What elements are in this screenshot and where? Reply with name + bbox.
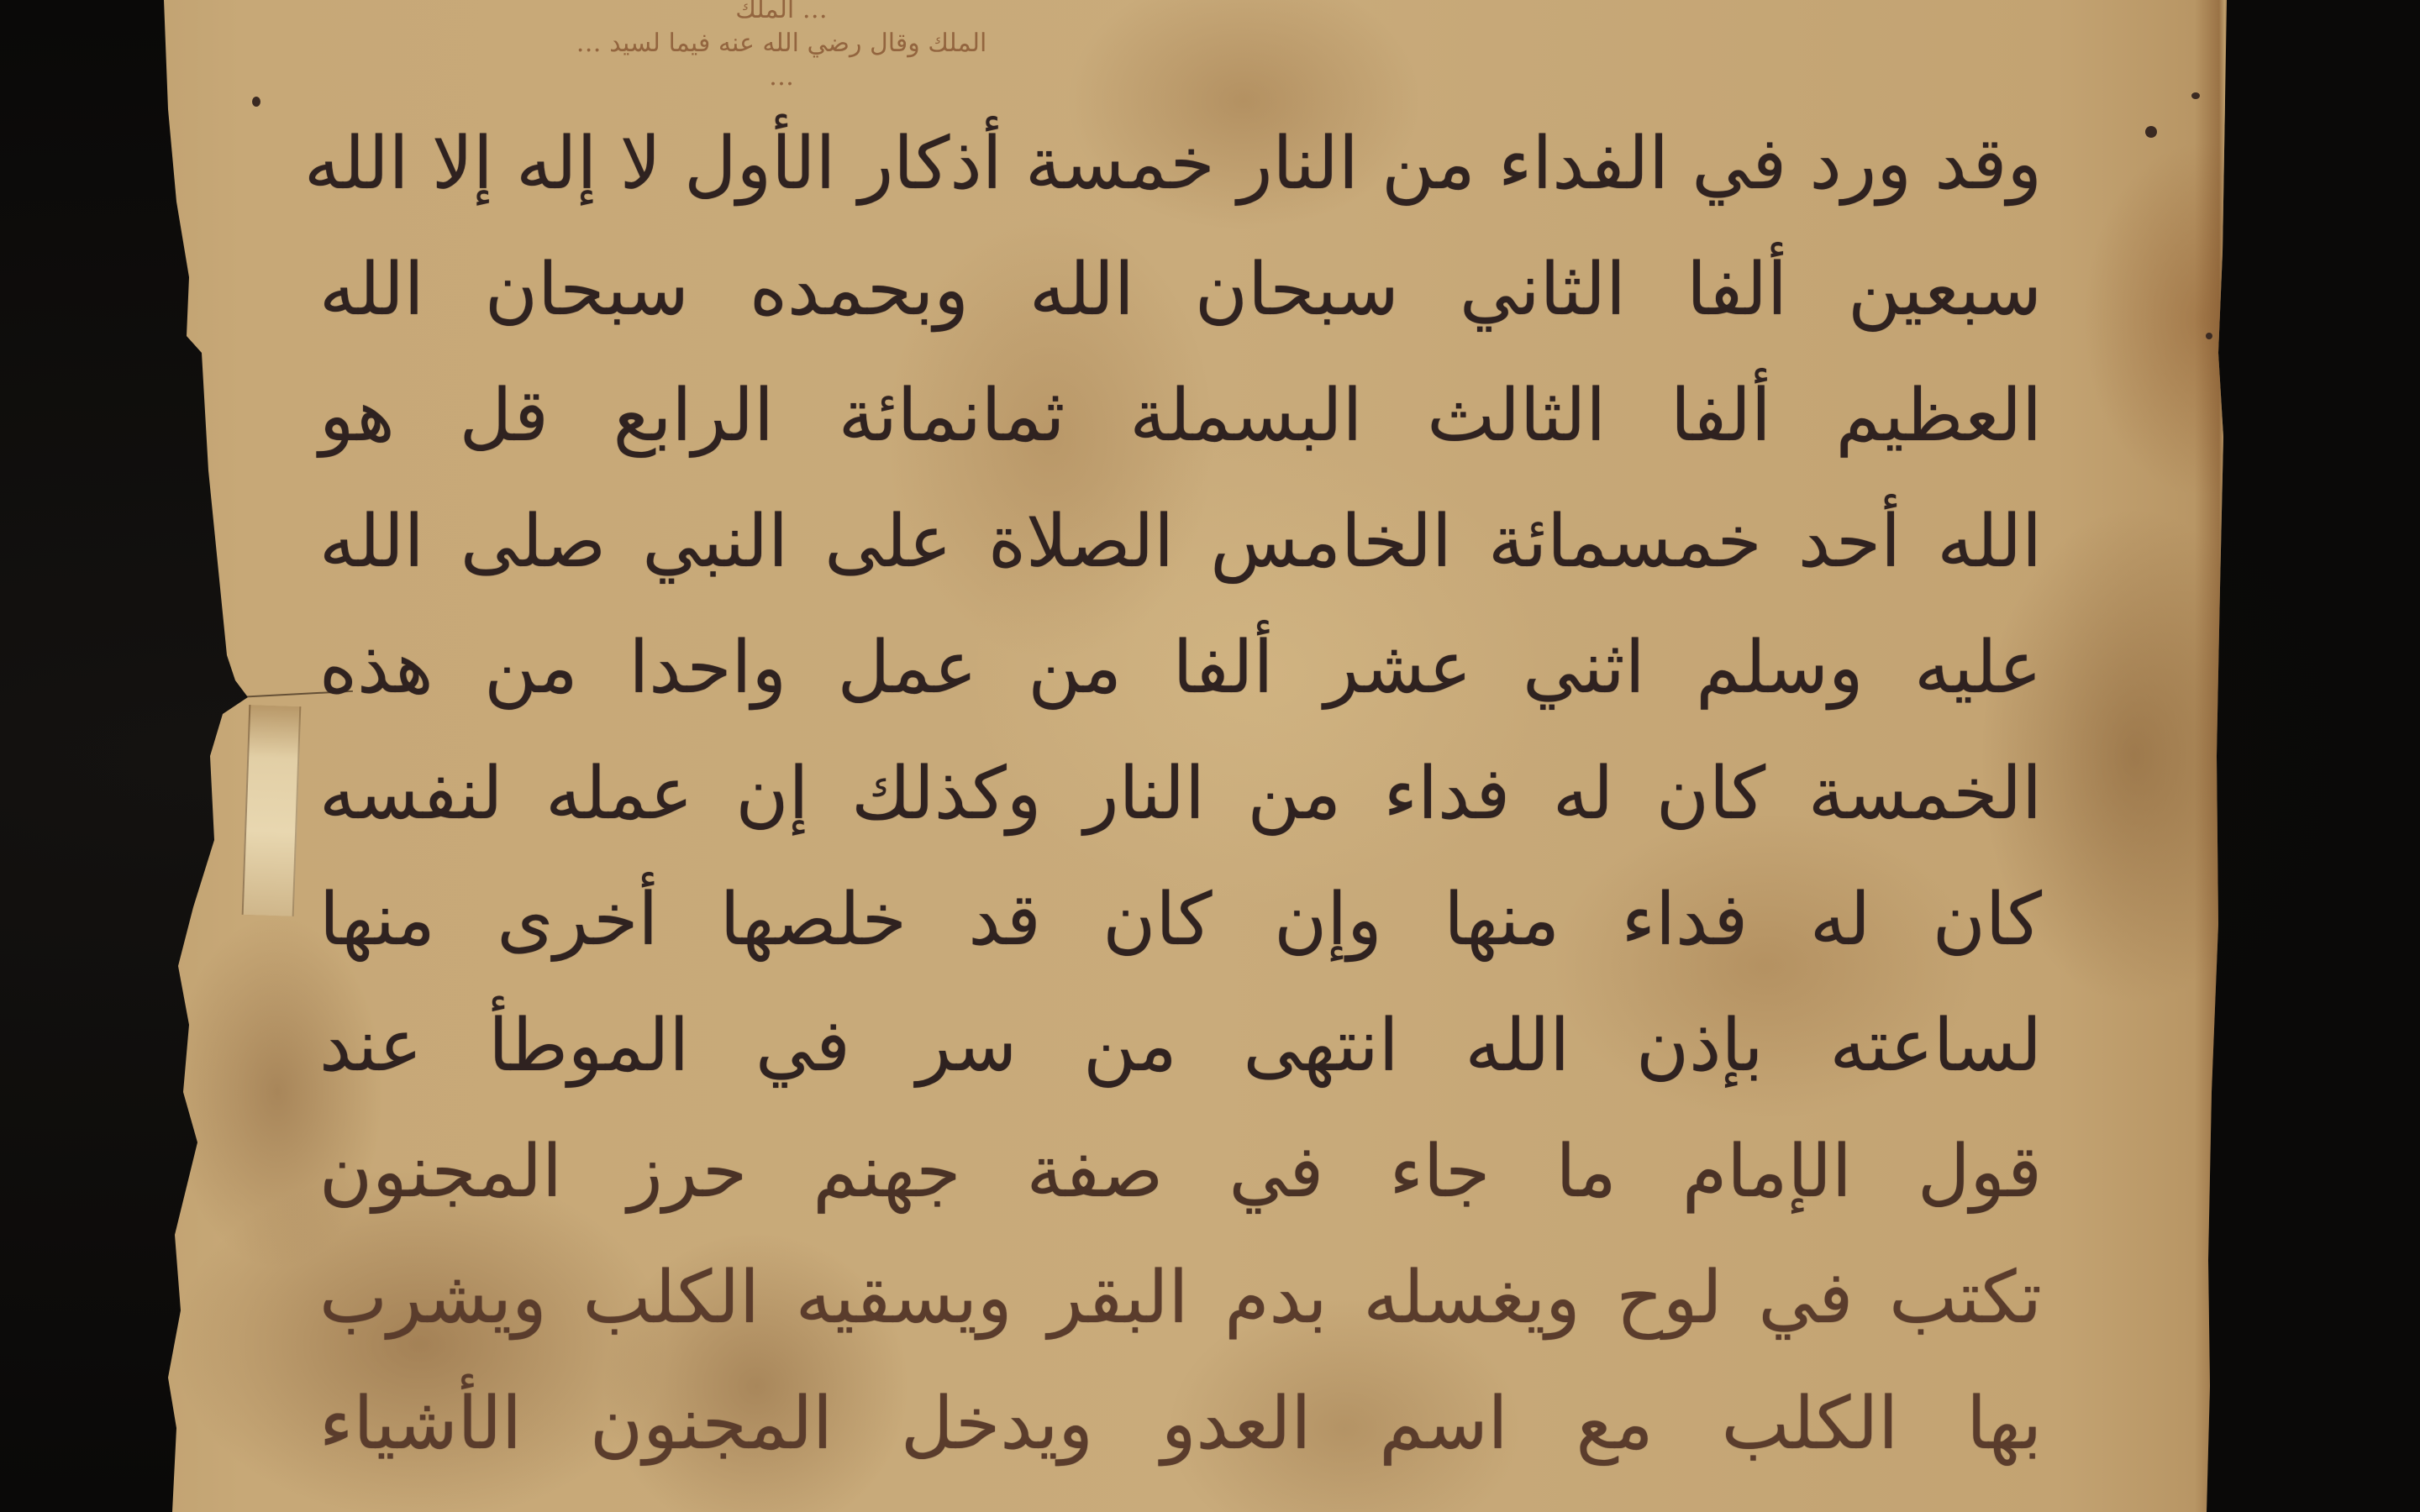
manuscript-text-block: وقد ورد في الفداء من النار خمسة أذكار ال…: [319, 101, 2042, 1487]
ink-spot: [2145, 126, 2157, 138]
manuscript-page: … الملك الملك وقال رضي الله عنه فيما لسي…: [0, 0, 2420, 1512]
repair-patch-strip: [242, 705, 302, 916]
margin-note-line: … الملك: [403, 0, 1160, 27]
text-line-4: الله أحد خمسمائة الخامس الصلاة على النبي…: [319, 479, 2042, 605]
ink-spot: [113, 1398, 122, 1408]
text-line-8: لساعته بإذن الله انتهى من سر في الموطأ ع…: [319, 983, 2042, 1109]
text-line-11: بها الكلب مع اسم العدو ويدخل المجنون الأ…: [319, 1361, 2042, 1487]
margin-notes: … الملك الملك وقال رضي الله عنه فيما لسي…: [403, 0, 1160, 94]
ink-spot: [2191, 92, 2200, 99]
text-line-5: عليه وسلم اثني عشر ألفا من عمل واحدا من …: [319, 605, 2042, 731]
text-line-10: تكتب في لوح ويغسله بدم البقر ويسقيه الكل…: [319, 1235, 2042, 1361]
text-line-7: كان له فداء منها وإن كان قد خلصها أخرى م…: [319, 857, 2042, 983]
text-line-1: وقد ورد في الفداء من النار خمسة أذكار ال…: [319, 101, 2042, 227]
ink-blot: [126, 1100, 160, 1142]
scan-background: … الملك الملك وقال رضي الله عنه فيما لسي…: [0, 0, 2420, 1512]
ink-spot: [252, 97, 260, 107]
text-line-6: الخمسة كان له فداء من النار وكذلك إن عمل…: [319, 731, 2042, 857]
text-line-2: سبعين ألفا الثاني سبحان الله وبحمده سبحا…: [319, 227, 2042, 353]
margin-note-line: الملك وقال رضي الله عنه فيما لسيد …: [403, 27, 1160, 60]
margin-note-line: …: [403, 60, 1160, 94]
text-line-9: قول الإمام ما جاء في صفة جهنم حرز المجنو…: [319, 1109, 2042, 1235]
text-line-3: العظيم ألفا الثالث البسملة ثمانمائة الرا…: [319, 353, 2042, 479]
ink-spot: [2206, 333, 2212, 339]
page-right-edge-stain: [2195, 0, 2225, 1512]
